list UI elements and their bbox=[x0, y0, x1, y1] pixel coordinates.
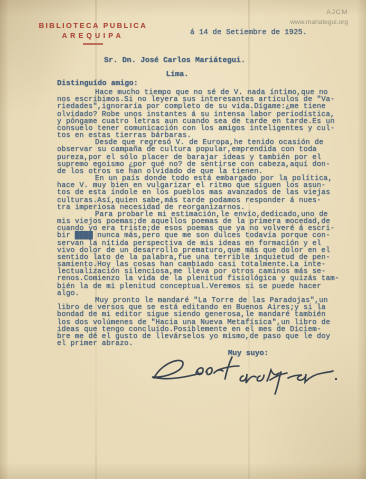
signature-ink-stroke bbox=[140, 352, 340, 402]
letter-line: el primer abrazo. bbox=[57, 341, 353, 348]
letterhead-rule bbox=[83, 43, 103, 45]
letterhead: BIBLIOTECA PUBLICA AREQUIPA bbox=[33, 21, 153, 45]
signature-autograph bbox=[140, 352, 340, 402]
letter-body: Hace mucho tiempo que no sé de V. nada í… bbox=[57, 90, 353, 348]
letterhead-subtitle: AREQUIPA bbox=[33, 33, 153, 40]
scanned-letter-page: BIBLIOTECA PUBLICA AREQUIPA AJCM www.mar… bbox=[0, 0, 366, 479]
letter-line: bién la de mi plenitud conceptual.Veremo… bbox=[57, 284, 353, 291]
salutation-line: Distinguído amigo: bbox=[57, 80, 138, 88]
date-line: á 14 de Setiembre de 1925. bbox=[190, 29, 307, 37]
letterhead-title: BIBLIOTECA PUBLICA bbox=[33, 21, 153, 30]
watermark-url: www.mariategui.org bbox=[290, 18, 348, 28]
archive-watermark: AJCM www.mariategui.org bbox=[290, 8, 348, 27]
recipient-line: Sr. Dn. José Carlos Mariátegui. bbox=[104, 57, 245, 65]
city-line: Lima. bbox=[166, 71, 189, 79]
watermark-initials: AJCM bbox=[290, 8, 348, 18]
